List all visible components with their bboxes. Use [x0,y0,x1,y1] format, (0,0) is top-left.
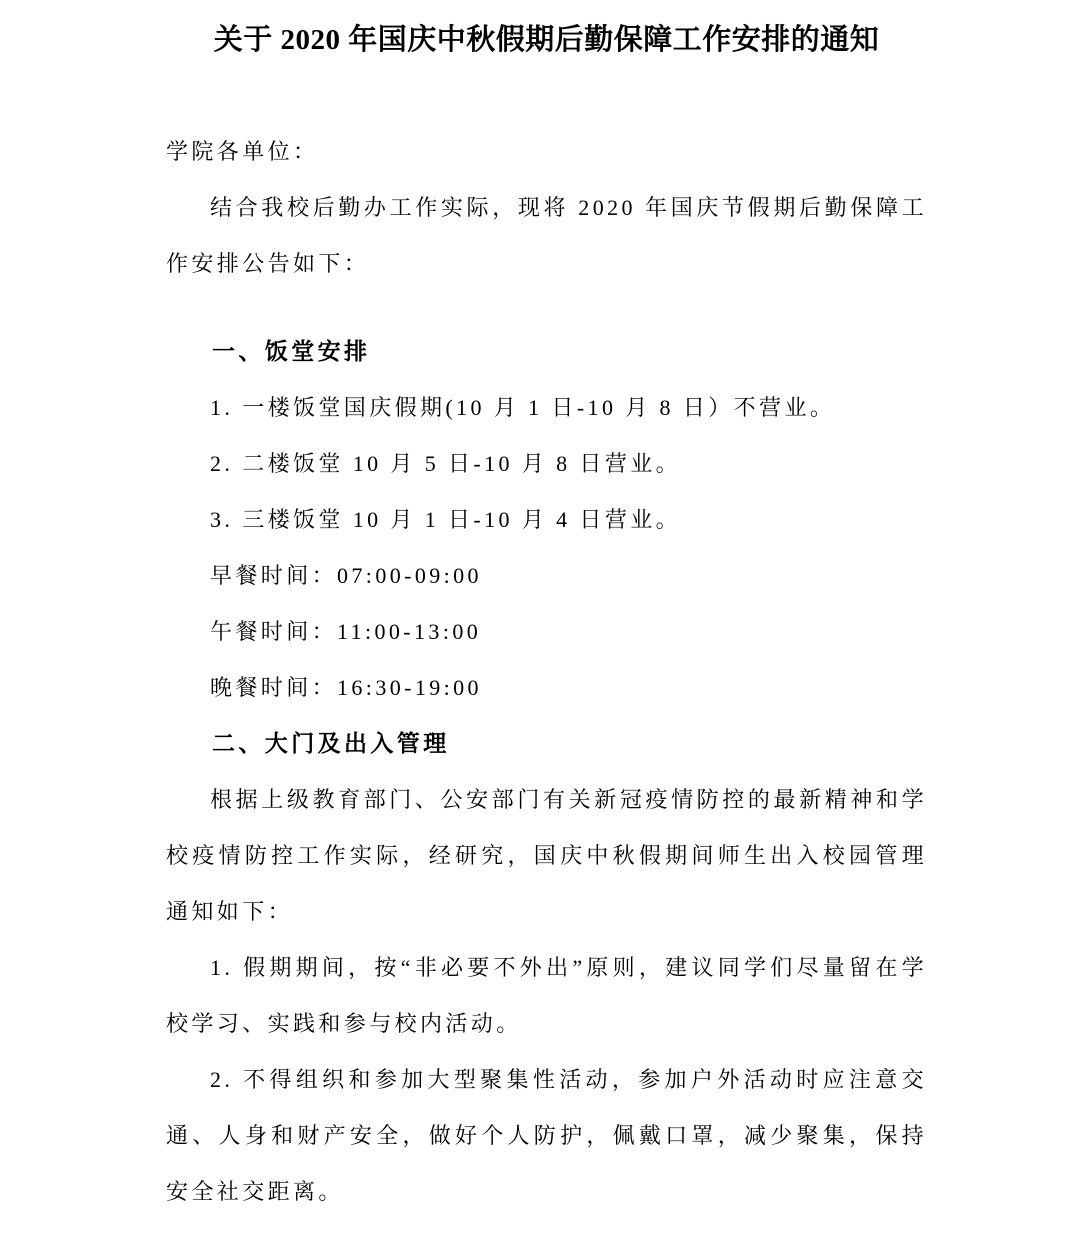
salutation: 学院各单位： [166,124,927,180]
gate-rule-1: 1. 假期期间，按“非必要不外出”原则，建议同学们尽量留在学校学习、实践和参与校… [166,940,927,1052]
canteen-item-1: 1. 一楼饭堂国庆假期(10 月 1 日-10 月 8 日）不营业。 [166,380,927,436]
section-heading-canteen: 一、饭堂安排 [166,324,927,380]
document-title: 关于 2020 年国庆中秋假期后勤保障工作安排的通知 [166,18,927,62]
canteen-item-3: 3. 三楼饭堂 10 月 1 日-10 月 4 日营业。 [166,492,927,548]
section-heading-gate-management: 二、大门及出入管理 [166,716,927,772]
canteen-item-2: 2. 二楼饭堂 10 月 5 日-10 月 8 日营业。 [166,436,927,492]
gate-rule-2: 2. 不得组织和参加大型聚集性活动，参加户外活动时应注意交通、人身和财产安全，做… [166,1052,927,1220]
intro-paragraph: 结合我校后勤办工作实际，现将 2020 年国庆节假期后勤保障工作安排公告如下： [166,180,927,292]
gate-intro-paragraph: 根据上级教育部门、公安部门有关新冠疫情防控的最新精神和学校疫情防控工作实际，经研… [166,772,927,940]
document-page: 关于 2020 年国庆中秋假期后勤保障工作安排的通知 学院各单位： 结合我校后勤… [0,0,1080,1233]
breakfast-time: 早餐时间：07:00-09:00 [166,548,927,604]
dinner-time: 晚餐时间：16:30-19:00 [166,660,927,716]
lunch-time: 午餐时间：11:00-13:00 [166,604,927,660]
